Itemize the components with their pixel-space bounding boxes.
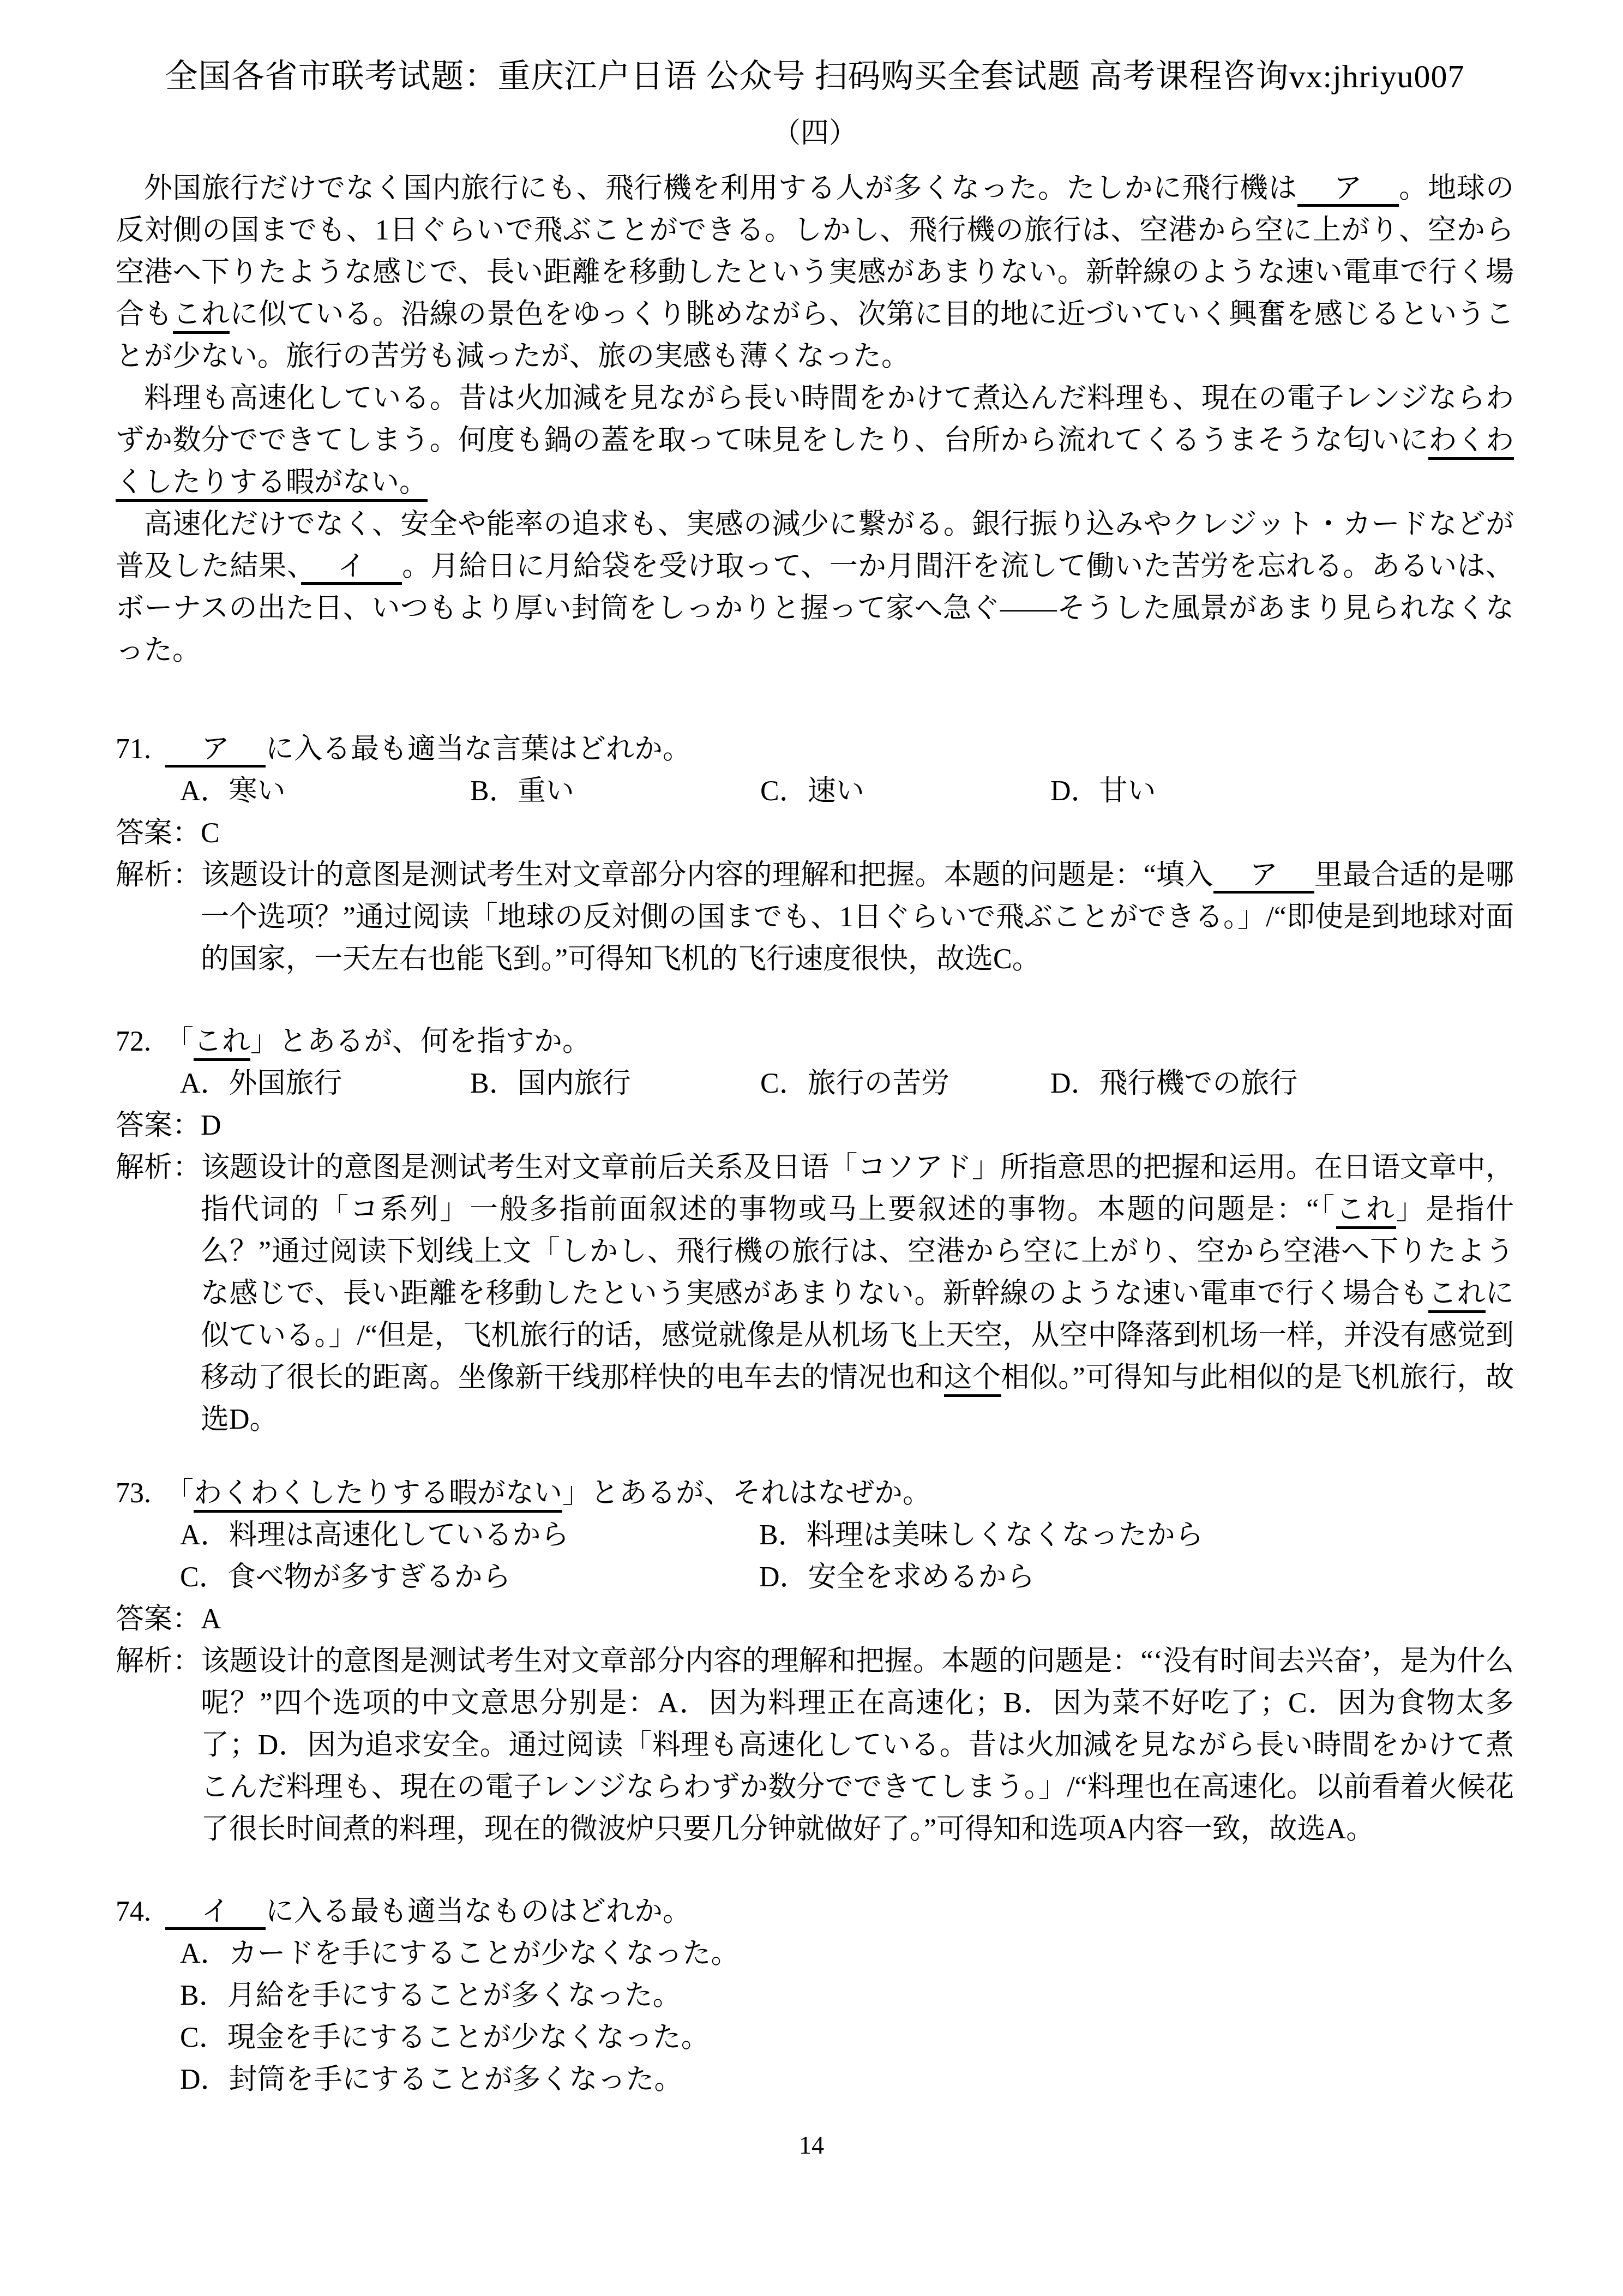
underlined-kore: これ — [1428, 1278, 1486, 1313]
question-number: 71. — [116, 734, 151, 765]
question-73-analysis: 解析：该题设计的意图是测试考生对文章部分内容的理解和把握。本题的问题是：“‘没有… — [116, 1640, 1514, 1850]
question-74-options: A．カードを手にすることが少なくなった。 B．月給を手にすることが多くなった。 … — [116, 1933, 1514, 2101]
section-title: （四） — [116, 112, 1514, 154]
analysis-text: 该题设计的意图是测试考生对文章部分内容的理解和把握。本题的问题是：“‘没有时间去… — [201, 1646, 1514, 1845]
question-71-analysis: 解析：该题设计的意图是测试考生对文章部分内容的理解和把握。本题的问题是：“填入 … — [116, 854, 1514, 980]
option-a: A．外国旅行 — [180, 1063, 470, 1105]
question-71-title: 71. ア に入る最も適当な言葉はどれか。 — [116, 728, 1514, 770]
option-a: A．カードを手にすることが少なくなった。 — [180, 1933, 1514, 1975]
question-72: 72.「これ」とあるが、何を指すか。 A．外国旅行 B．国内旅行 C．旅行の苦労… — [116, 1021, 1514, 1441]
question-73: 73.「わくわくしたりする暇がない」とあるが、それはなぜか。 A．料理は高速化し… — [116, 1472, 1514, 1850]
question-text: に入る最も適当な言葉はどれか。 — [266, 734, 691, 765]
analysis-text: 该题设计的意图是测试考生对文章部分内容的理解和把握。本题的问题是：“填入 — [201, 860, 1213, 891]
option-c: C．食べ物が多すぎるから — [180, 1556, 759, 1598]
question-73-answer: 答案：A — [116, 1598, 1514, 1640]
blank-i: イ — [301, 551, 402, 585]
underlined-kore: これ — [173, 299, 230, 334]
passage-paragraph-1: 外国旅行だけでなく国内旅行にも、飛行機を利用する人が多くなった。たしかに飛行機は… — [116, 167, 1514, 377]
document-header: 全国各省市联考试题：重庆江户日语 公众号 扫码购买全套试题 高考课程咨询vx:j… — [116, 55, 1514, 98]
answer-value: C — [201, 818, 220, 849]
question-73-options-row-2: C．食べ物が多すぎるから D．安全を求めるから — [116, 1556, 1514, 1598]
blank-a: ア — [165, 734, 266, 768]
option-d: D．甘い — [1050, 770, 1156, 812]
analysis-label: 解析： — [116, 860, 201, 891]
analysis-text: 该题设计的意图是测试考生对文章前后关系及日语「コソアド」所指意思的把握和运用。在… — [201, 1152, 1514, 1225]
passage-text: に似ている。沿線の景色をゆっくり眺めながら、次第に目的地に近づいていく興奮を感じ… — [116, 299, 1514, 372]
passage-paragraph-3: 高速化だけでなく、安全や能率の追求も、実感の減少に繋がる。銀行振り込みやクレジッ… — [116, 503, 1514, 672]
passage-paragraph-2: 料理も高速化している。昔は火加減を見ながら長い時間をかけて煮込んだ料理も、現在の… — [116, 377, 1514, 503]
exam-page: 全国各省市联考试题：重庆江户日语 公众号 扫码购买全套试题 高考课程咨询vx:j… — [0, 0, 1623, 2296]
blank-a: ア — [1297, 173, 1399, 207]
question-number: 73. — [116, 1478, 151, 1509]
reading-passage: 外国旅行だけでなく国内旅行にも、飛行機を利用する人が多くなった。たしかに飛行機は… — [116, 167, 1514, 672]
question-74-title: 74. イ に入る最も適当なものはどれか。 — [116, 1891, 1514, 1933]
header-title: 全国各省市联考试题：重庆江户日语 公众号 扫码购买全套试题 高考课程咨询vx:j… — [165, 58, 1465, 94]
blank-i: イ — [165, 1896, 266, 1930]
option-a: A．料理は高速化しているから — [180, 1514, 759, 1556]
question-text: 「 — [165, 1026, 194, 1057]
option-d: D．安全を求めるから — [759, 1556, 1035, 1598]
answer-value: D — [201, 1110, 221, 1141]
question-71-answer: 答案：C — [116, 812, 1514, 854]
analysis-label: 解析： — [116, 1646, 201, 1677]
option-b: B．料理は美味しくなくなったから — [759, 1514, 1204, 1556]
answer-value: A — [201, 1604, 221, 1635]
question-text: 」とあるが、何を指すか。 — [250, 1026, 591, 1057]
passage-text: 外国旅行だけでなく国内旅行にも、飛行機を利用する人が多くなった。たしかに飛行機は — [144, 173, 1297, 204]
answer-label: 答案： — [116, 1110, 201, 1141]
question-text: に入る最も適当なものはどれか。 — [266, 1896, 691, 1927]
blank-a: ア — [1213, 860, 1314, 894]
question-73-options-row-1: A．料理は高速化しているから B．料理は美味しくなくなったから — [116, 1514, 1514, 1556]
option-b: B．月給を手にすることが多くなった。 — [180, 1975, 1514, 2017]
option-b: B．国内旅行 — [470, 1063, 760, 1105]
question-text: 「 — [165, 1478, 194, 1509]
question-number: 74. — [116, 1896, 151, 1927]
question-71: 71. ア に入る最も適当な言葉はどれか。 A．寒い B．重い C．速い D．甘… — [116, 728, 1514, 980]
passage-text: 料理も高速化している。昔は火加減を見ながら長い時間をかけて煮込んだ料理も、現在の… — [116, 383, 1514, 456]
question-72-analysis: 解析：该题设计的意图是测试考生对文章前后关系及日语「コソアド」所指意思的把握和运… — [116, 1147, 1514, 1441]
option-d: D．封筒を手にすることが多くなった。 — [180, 2059, 1514, 2101]
option-a: A．寒い — [180, 770, 470, 812]
question-72-title: 72.「これ」とあるが、何を指すか。 — [116, 1021, 1514, 1063]
underlined-wakuwaku: わくわくしたりする暇がない — [194, 1478, 562, 1513]
question-text: 」とあるが、それはなぜか。 — [562, 1478, 931, 1509]
question-72-answer: 答案：D — [116, 1105, 1514, 1147]
question-number: 72. — [116, 1026, 151, 1057]
answer-label: 答案： — [116, 1604, 201, 1635]
question-73-title: 73.「わくわくしたりする暇がない」とあるが、それはなぜか。 — [116, 1472, 1514, 1514]
option-d: D．飛行機での旅行 — [1050, 1063, 1298, 1105]
analysis-label: 解析： — [116, 1152, 201, 1183]
option-c: C．速い — [760, 770, 1050, 812]
question-74: 74. イ に入る最も適当なものはどれか。 A．カードを手にすることが少なくなっ… — [116, 1891, 1514, 2101]
option-b: B．重い — [470, 770, 760, 812]
page-content: 全国各省市联考试题：重庆江户日语 公众号 扫码购买全套试题 高考课程咨询vx:j… — [0, 0, 1623, 2101]
underlined-kore: これ — [1336, 1194, 1396, 1229]
option-c: C．旅行の苦労 — [760, 1063, 1050, 1105]
underlined-kore: これ — [194, 1026, 250, 1061]
option-c: C．現金を手にすることが少なくなった。 — [180, 2017, 1514, 2059]
question-71-options: A．寒い B．重い C．速い D．甘い — [116, 770, 1514, 812]
question-72-options: A．外国旅行 B．国内旅行 C．旅行の苦労 D．飛行機での旅行 — [116, 1063, 1514, 1105]
answer-label: 答案： — [116, 818, 201, 849]
underlined-zhege: 这个 — [944, 1362, 1001, 1397]
page-number: 14 — [0, 2131, 1623, 2160]
